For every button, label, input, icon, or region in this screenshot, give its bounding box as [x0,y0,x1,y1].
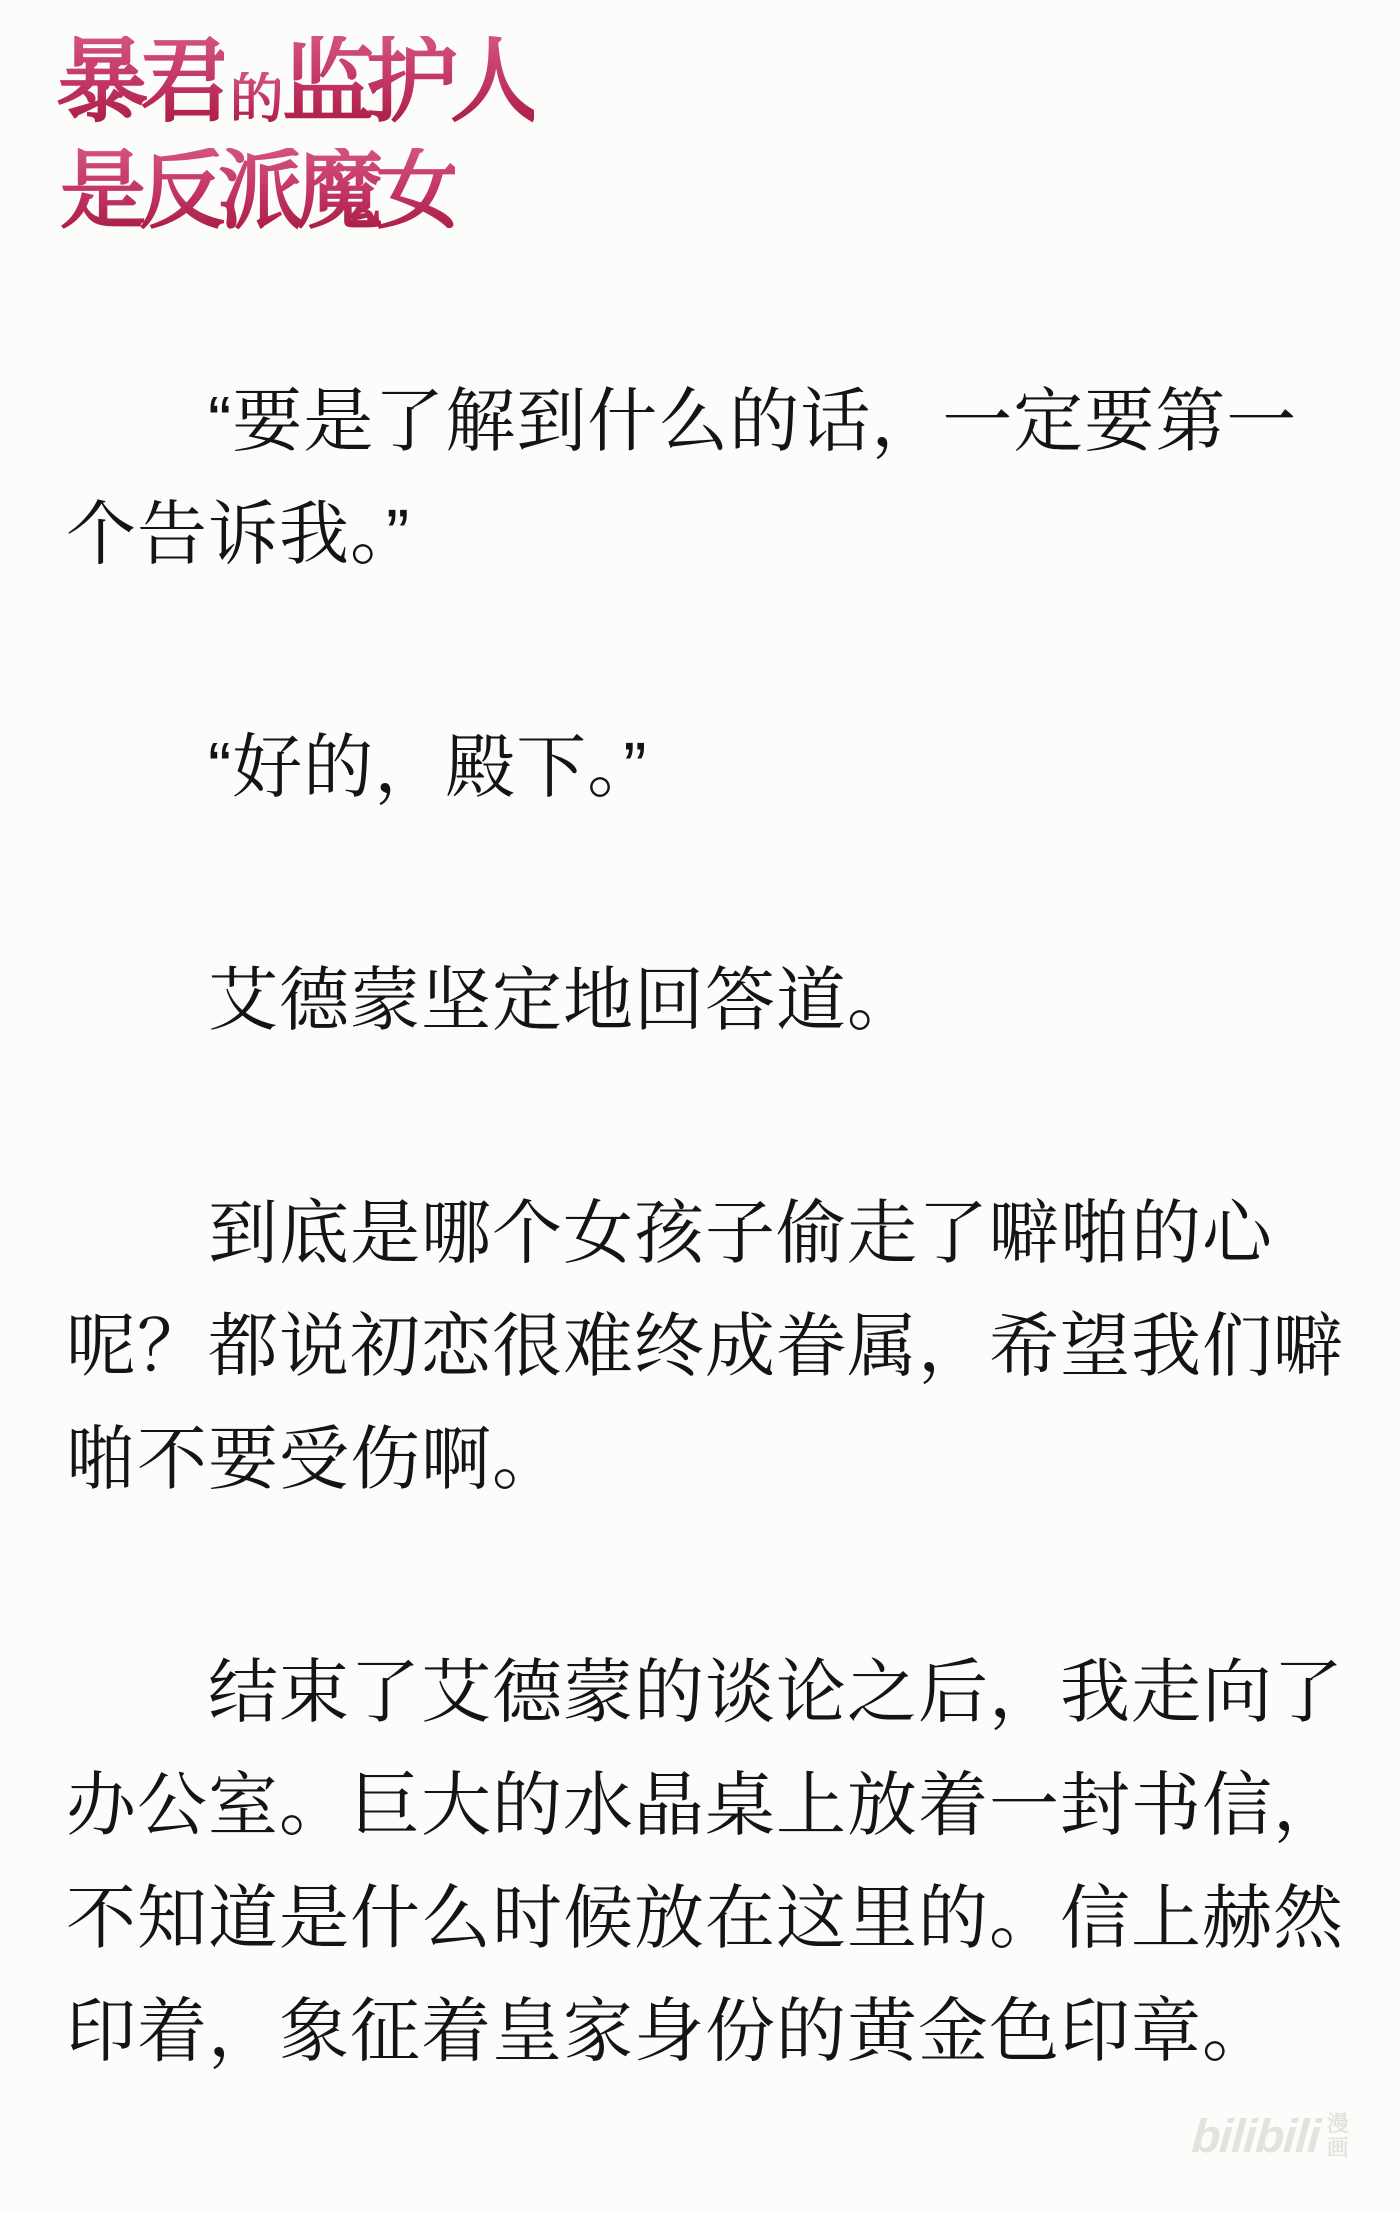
bilibili-watermark: bilibili 漫 画 [1192,2112,1349,2159]
logo-text-shifanpai-monv: 是反派魔女 [60,148,455,234]
paragraph-3: 艾德蒙坚定地回答道。 [66,944,1386,1057]
paragraph-2: “好的，殿下。” [66,711,1386,824]
text-line: “好的，殿下。” [66,711,1386,824]
text-line: 艾德蒙坚定地回答道。 [66,944,1386,1057]
novel-text: “要是了解到什么的话，一定要第一 个告诉我。” “好的，殿下。” 艾德蒙坚定地回… [66,365,1386,2208]
logo-text-de: 的 [230,72,280,126]
text-line: “要是了解到什么的话，一定要第一 [66,365,1386,478]
manhua-badge: 漫 画 [1327,2112,1349,2158]
logo-text-baojun: 暴君 [56,36,224,128]
text-line: 办公室。巨大的水晶桌上放着一封书信， [66,1749,1386,1862]
manhua-badge-char: 漫 [1327,2112,1349,2135]
text-line: 呢？都说初恋很难终成眷属，希望我们噼 [66,1290,1386,1403]
text-line: 印着，象征着皇家身份的黄金色印章。 [66,1975,1386,2088]
manhua-badge-char: 画 [1327,2136,1349,2159]
series-logo-line2: 是反派魔女 [56,148,534,234]
text-line: 个告诉我。” [66,478,1386,591]
text-line: 到底是哪个女孩子偷走了噼啪的心 [66,1177,1386,1290]
logo-text-jianhuren: 监护人 [282,36,534,128]
text-line: 啪不要受伤啊。 [66,1403,1386,1516]
text-line: 不知道是什么时候放在这里的。信上赫然 [66,1862,1386,1975]
bilibili-logo: bilibili [1190,2112,1321,2159]
paragraph-5: 结束了艾德蒙的谈论之后，我走向了 办公室。巨大的水晶桌上放着一封书信， 不知道是… [66,1636,1386,2088]
text-line: 结束了艾德蒙的谈论之后，我走向了 [66,1636,1386,1749]
series-logo: 暴君的监护人 是反派魔女 [56,36,534,234]
series-logo-line1: 暴君的监护人 [56,36,534,148]
paragraph-4: 到底是哪个女孩子偷走了噼啪的心 呢？都说初恋很难终成眷属，希望我们噼 啪不要受伤… [66,1177,1386,1516]
paragraph-1: “要是了解到什么的话，一定要第一 个告诉我。” [66,365,1386,591]
